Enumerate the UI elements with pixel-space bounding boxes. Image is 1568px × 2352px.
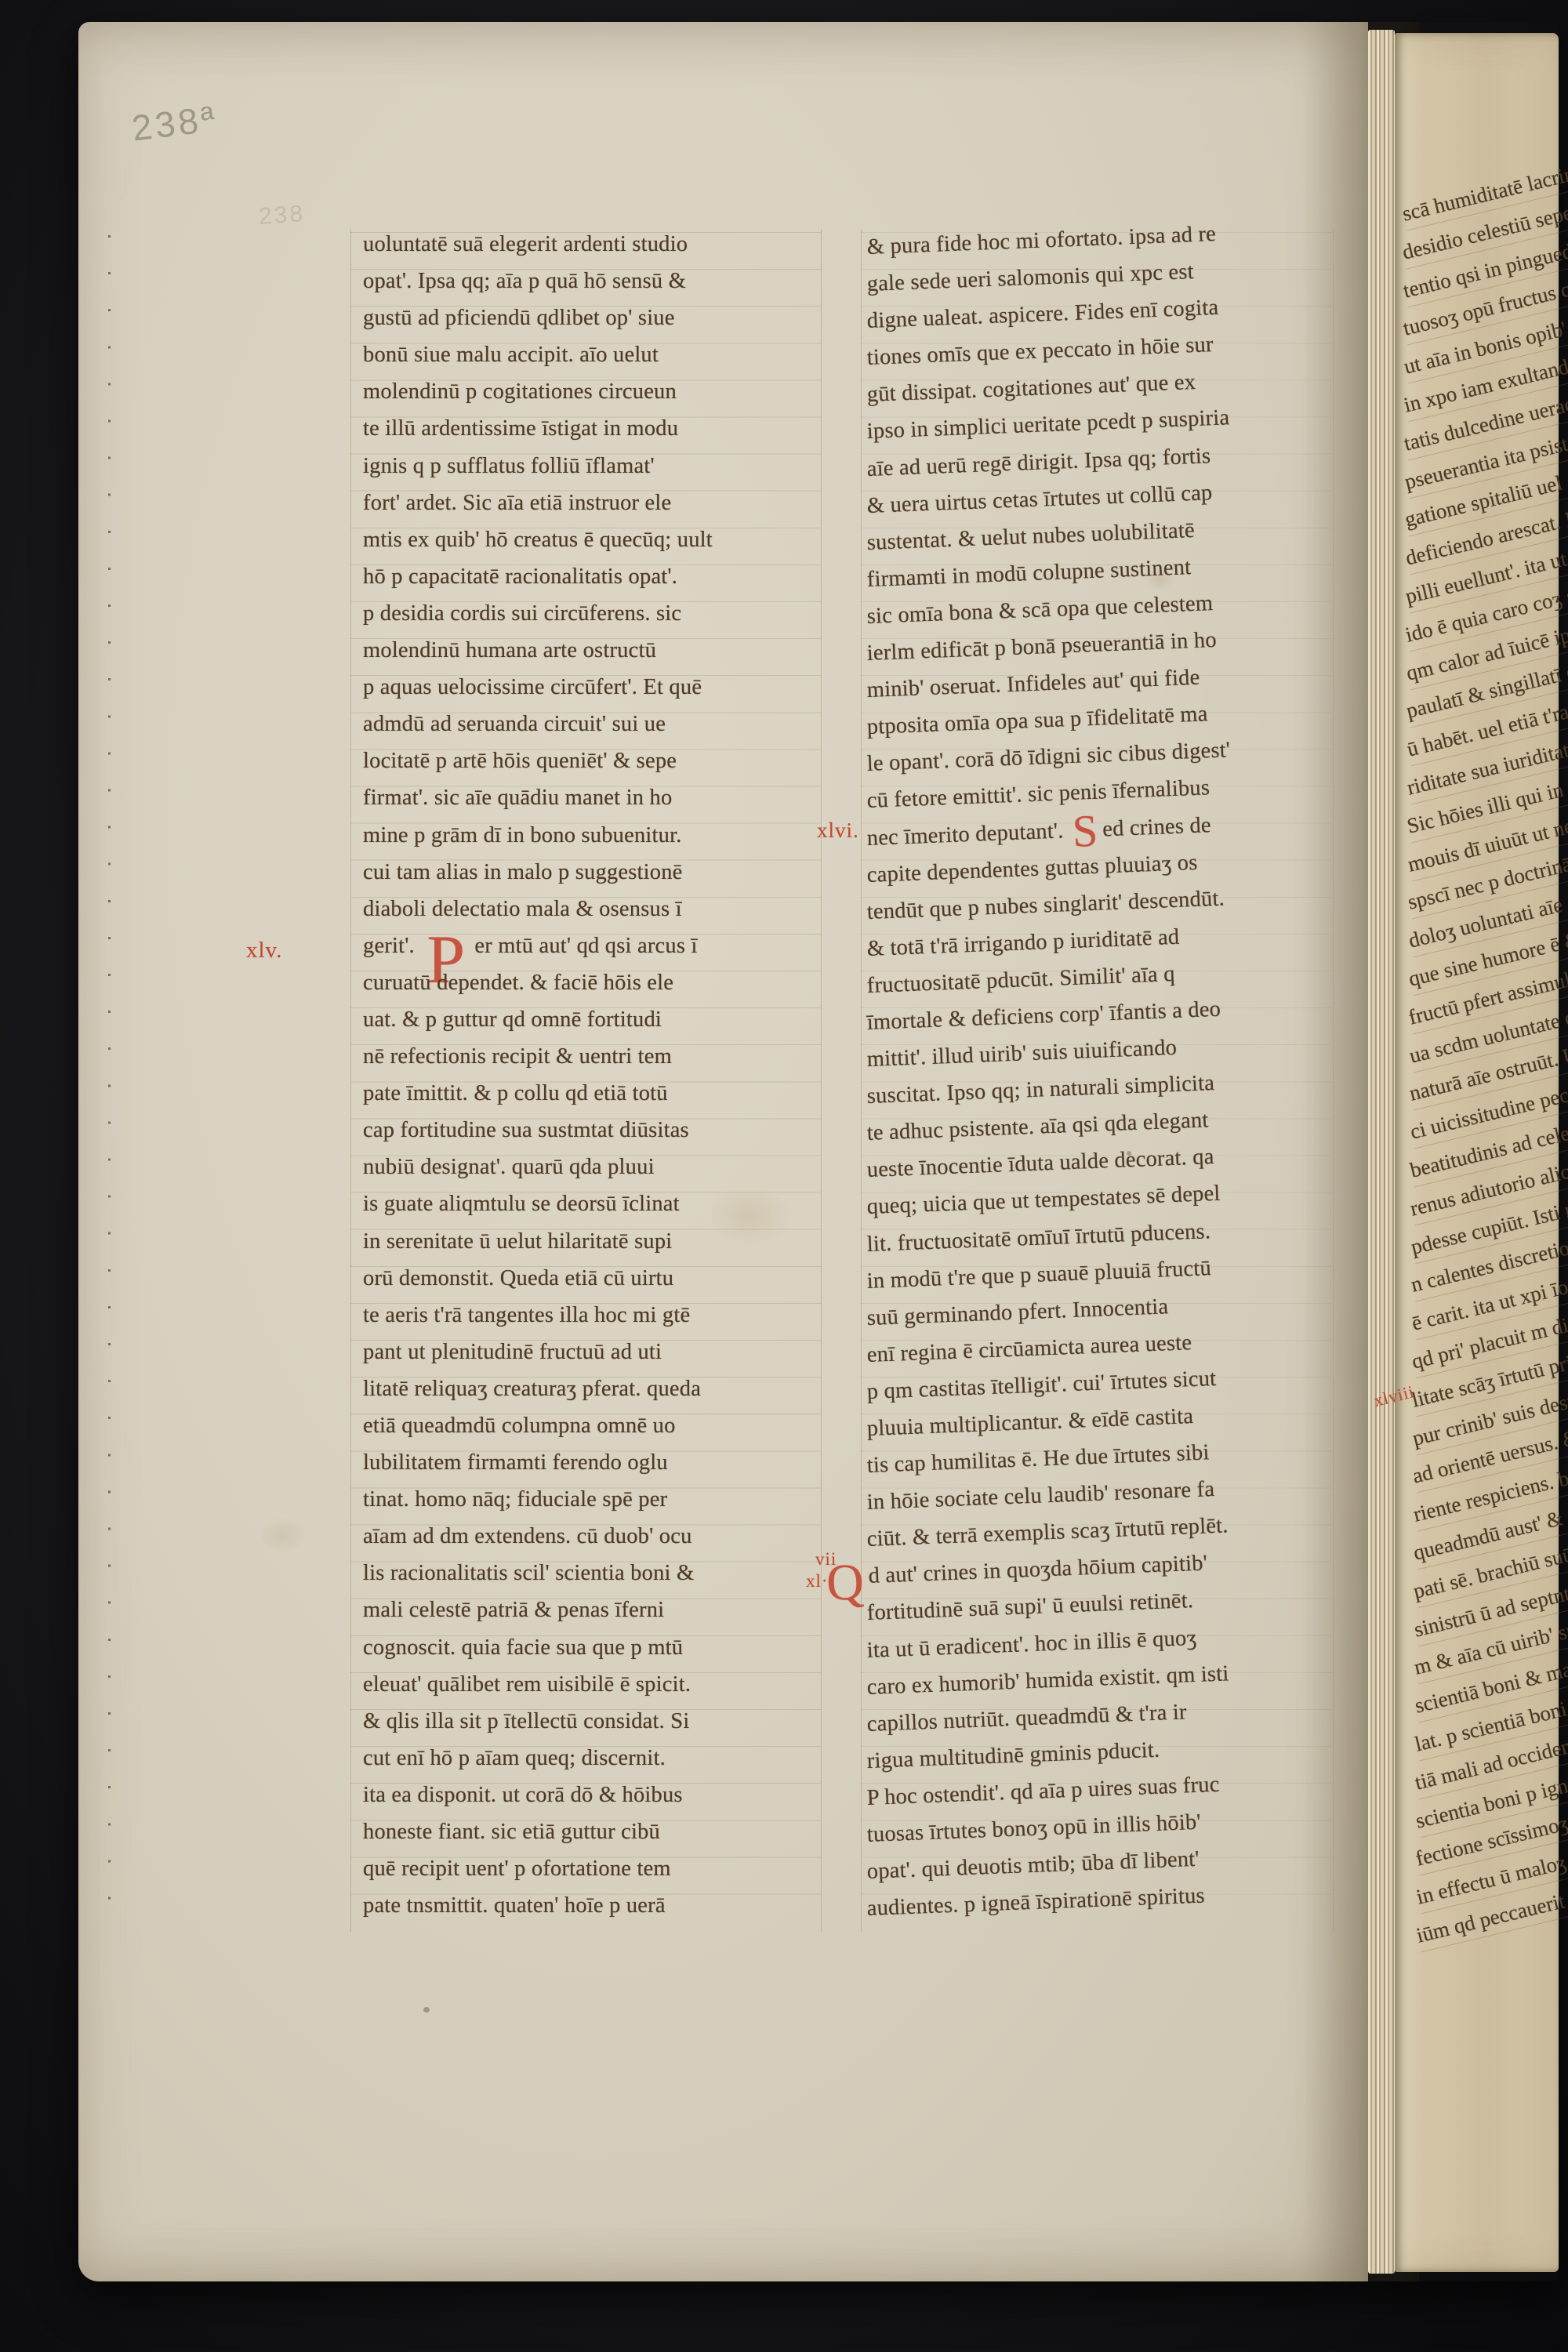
text-line: cap fortitudine sua sustmtat diūsitas	[363, 1112, 826, 1149]
text-line: nē refectionis recipit & uentri tem	[363, 1038, 826, 1075]
ink-speck	[423, 2007, 430, 2013]
text-line: in serenitate ū uelut hilaritatē supi	[363, 1223, 826, 1260]
text-line: etiā queadmdū columpna omnē uo	[363, 1407, 826, 1444]
text-line: te illū ardentissime īstigat in modu	[363, 410, 826, 447]
text-line: orū demonstit. Queda etiā cū uirtu	[363, 1260, 826, 1297]
text-line: litatē reliquaʒ creaturaʒ pferat. queda	[363, 1370, 826, 1407]
text-line: firmat'. sic aīe quādiu manet in ho	[363, 779, 826, 816]
text-line: locitatē p artē hōis queniēt' & sepe	[363, 742, 826, 779]
text-line: quē recipit uent' p ofortatione tem	[363, 1850, 826, 1887]
text-line: pate tnsmittit. quaten' hoīe p uerā	[363, 1887, 826, 1924]
bounding-line	[350, 229, 351, 1932]
text-line: mine p grām dī in bono subuenitur.	[363, 817, 826, 854]
text-line: fort' ardet. Sic aīa etiā instruor ele	[363, 485, 826, 521]
text-line: & qlis illa sit p ītellectū considat. Si	[363, 1703, 826, 1740]
folio-number-ghost: 238	[258, 201, 306, 230]
page-fold-edges	[1368, 30, 1395, 2274]
bounding-line	[861, 229, 862, 1932]
text-line: nubiū designat'. quarū qda pluui	[363, 1149, 826, 1185]
text-line: cui tam alias in malo p suggestionē	[363, 854, 826, 891]
text-line: cognoscit. quia facie sua que p mtū	[363, 1629, 826, 1666]
red-initial-Q: Q	[826, 1554, 866, 1613]
text-line: aīam ad dm extendens. cū duob' ocu	[363, 1518, 826, 1555]
text-line: opat'. Ipsa qq; aīa p quā hō sensū &	[363, 263, 826, 299]
text-line: te aeris t'rā tangentes illa hoc mi gtē	[363, 1297, 826, 1334]
text-line: molendinū p cogitationes circueun	[363, 373, 826, 410]
text-line: gustū ad pficiendū qdlibet op' siue	[363, 299, 826, 336]
text-line: mali celestē patriā & penas īferni	[363, 1592, 826, 1628]
pricking-holes	[108, 235, 111, 1929]
left-text-column: uoluntatē suā elegerit ardenti studioopa…	[363, 226, 826, 1924]
text-line: pate īmittit. & p collu qd etiā totū	[363, 1075, 826, 1112]
text-line: lubilitatem firmamti ferendo oglu	[363, 1444, 826, 1481]
text-line: mtis ex quib' hō creatus ē quecūq; uult	[363, 521, 826, 558]
text-line: bonū siue malu accipit. aīo uelut	[363, 336, 826, 373]
parchment-stain	[259, 1517, 306, 1553]
manuscript-photo: 238ª 238 xlv. xlvi. vii xl· xlviii uolun…	[0, 0, 1568, 2352]
text-line: pant ut plenitudinē fructuū ad uti	[363, 1334, 826, 1370]
text-line: honeste fiant. sic etiā guttur cibū	[363, 1813, 826, 1850]
text-line: tinat. homo nāq; fiduciale spē per	[363, 1481, 826, 1518]
text-line: ita ea disponit. ut corā dō & hōibus	[363, 1777, 826, 1813]
text-line: hō p capacitatē racionalitatis opat'.	[363, 558, 826, 595]
right-text-column: & pura fide hoc mi ofortato. ipsa ad reg…	[867, 229, 1338, 1927]
text-line: admdū ad seruanda circuit' sui ue	[363, 706, 826, 742]
text-line: lis racionalitatis scil' scientia boni &	[363, 1555, 826, 1592]
text-line: eleuat' quālibet rem uisibilē ē spicit.	[363, 1666, 826, 1703]
text-line: gerit'. Per mtū aut' qd qsi arcus ī	[363, 927, 826, 964]
text-line: uat. & p guttur qd omnē fortitudi	[363, 1001, 826, 1038]
text-line: p desidia cordis sui circūferens. sic	[363, 595, 826, 632]
text-line: ignis q p sufflatus folliū īflamat'	[363, 448, 826, 485]
text-line: p aquas uelocissime circūfert'. Et quē	[363, 669, 826, 706]
text-line: cut enī hō p aīam queq; discernit.	[363, 1740, 826, 1777]
text-line: molendinū humana arte ostructū	[363, 632, 826, 669]
text-line: curuatū dependet. & faciē hōis ele	[363, 964, 826, 1001]
text-line: uoluntatē suā elegerit ardenti studio	[363, 226, 826, 263]
chapter-number-xlv: xlv.	[246, 938, 282, 964]
text-line: is guate aliqmtulu se deorsū īclinat	[363, 1185, 826, 1222]
